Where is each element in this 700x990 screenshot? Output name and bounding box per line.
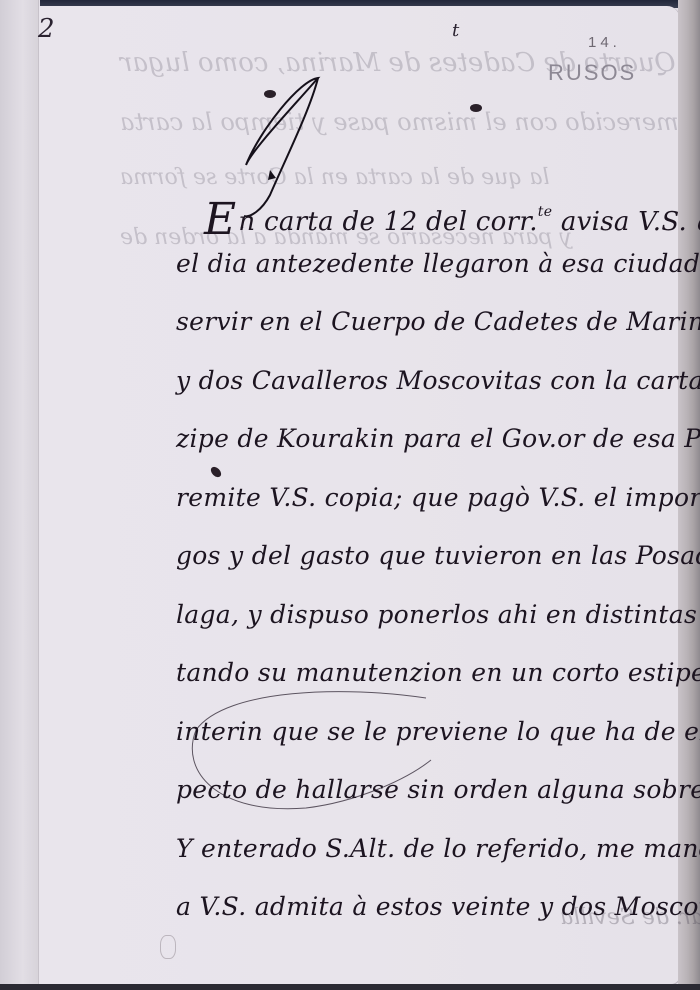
manuscript-body: En carta de 12 del corr.te avisa V.S. qu…: [176, 190, 696, 951]
text-line: laga, y dispuso ponerlos ahi en distinta…: [176, 600, 696, 659]
text-line: y dos Cavalleros Moscovitas con la carta…: [176, 366, 696, 425]
text-line: zipe de Kourakin para el Gov.or de esa P…: [176, 424, 696, 483]
text-line: interin que se le previene lo que ha de …: [176, 717, 696, 776]
text-line: gos y del gasto que tuvieron en las Posa…: [176, 541, 696, 600]
pencil-stamp-label: RUSOS: [548, 60, 636, 86]
paper-stain: [160, 935, 176, 959]
text-line: servir en el Cuerpo de Cadetes de Marina…: [176, 307, 696, 366]
text-line: a V.S. admita à estos veinte y dos Mosco…: [176, 892, 696, 951]
ink-blot: [264, 90, 276, 98]
text-line: remite V.S. copia; que pagò V.S. el impo…: [176, 483, 696, 542]
folio-mark-center: t: [452, 20, 459, 41]
line-text: avisa V.S. que: [552, 207, 700, 237]
decorated-initial: E: [204, 194, 236, 245]
abbreviation-superscript: te: [538, 204, 553, 220]
text-line: el dia antezedente llegaron à esa ciudad…: [176, 249, 696, 308]
manuscript-scan: Quarto de Cadetes de Marina, como lugar …: [0, 0, 700, 990]
ink-blot: [470, 104, 482, 112]
folio-mark-left: 2: [38, 14, 55, 44]
page-binding-gutter: [0, 0, 39, 990]
line-text: n carta de 12 del corr.: [238, 207, 537, 237]
bleed-through-line: la que de la carta en la Corte se forma: [120, 165, 550, 190]
text-line: Y enterado S.Alt. de lo referido, me man…: [176, 834, 696, 893]
text-line: tando su manutenzion en un corto estipen…: [176, 658, 696, 717]
folio-number: 14.: [588, 34, 621, 51]
bleed-through-line: merecido con el mismo pase y tiempo la c…: [120, 108, 679, 136]
scan-bottom-edge: [0, 984, 700, 990]
text-line: En carta de 12 del corr.te avisa V.S. qu…: [176, 190, 696, 249]
text-line: pecto de hallarse sin orden alguna sobre…: [176, 775, 696, 834]
